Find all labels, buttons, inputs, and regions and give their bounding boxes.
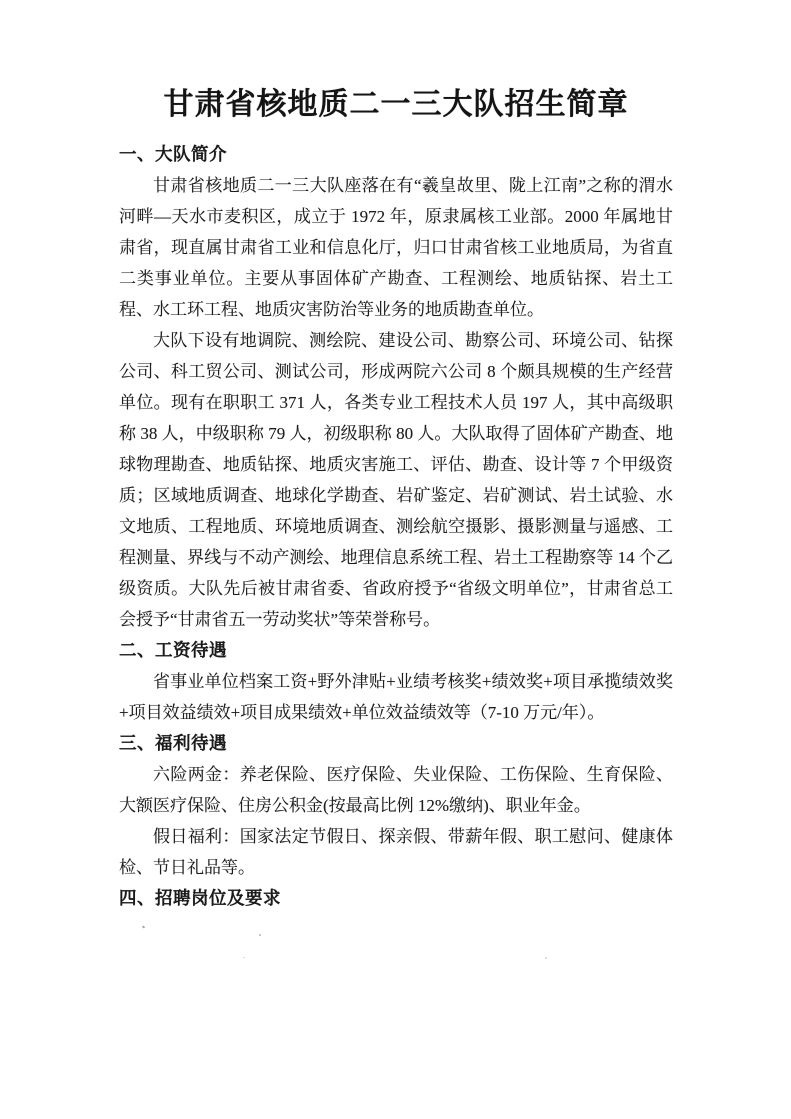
section-benefits: 三、福利待遇 六险两金：养老保险、医疗保险、失业保险、工伤保险、生育保险、大额医… bbox=[119, 728, 673, 883]
benefits-paragraph-insurance: 六险两金：养老保险、医疗保险、失业保险、工伤保险、生育保险、大额医疗保险、住房公… bbox=[119, 759, 673, 821]
section-heading-positions: 四、招聘岗位及要求 bbox=[119, 883, 673, 914]
section-heading-intro: 一、大队简介 bbox=[119, 139, 673, 170]
section-salary: 二、工资待遇 省事业单位档案工资+野外津贴+业绩考核奖+绩效奖+项目承揽绩效奖+… bbox=[119, 635, 673, 728]
section-heading-salary: 二、工资待遇 bbox=[119, 635, 673, 666]
scan-speck bbox=[243, 957, 245, 958]
intro-paragraph-1: 甘肃省核地质二一三大队座落在有“羲皇故里、陇上江南”之称的渭水河畔—天水市麦积区… bbox=[119, 170, 673, 325]
section-brigade-intro: 一、大队简介 甘肃省核地质二一三大队座落在有“羲皇故里、陇上江南”之称的渭水河畔… bbox=[119, 139, 673, 635]
document-title: 甘肃省核地质二一三大队招生简章 bbox=[119, 81, 673, 129]
scan-speck bbox=[259, 934, 261, 936]
scanned-document-page: 甘肃省核地质二一三大队招生简章 一、大队简介 甘肃省核地质二一三大队座落在有“羲… bbox=[0, 0, 791, 1119]
section-positions: 四、招聘岗位及要求 bbox=[119, 883, 673, 914]
intro-paragraph-2: 大队下设有地调院、测绘院、建设公司、勘察公司、环境公司、钻探公司、科工贸公司、测… bbox=[119, 325, 673, 635]
section-heading-benefits: 三、福利待遇 bbox=[119, 728, 673, 759]
scan-speck bbox=[142, 925, 146, 928]
salary-paragraph: 省事业单位档案工资+野外津贴+业绩考核奖+绩效奖+项目承揽绩效奖+项目效益绩效+… bbox=[119, 666, 673, 728]
scan-speck bbox=[545, 957, 547, 959]
benefits-paragraph-holiday: 假日福利：国家法定节假日、探亲假、带薪年假、职工慰问、健康体检、节日礼品等。 bbox=[119, 821, 673, 883]
